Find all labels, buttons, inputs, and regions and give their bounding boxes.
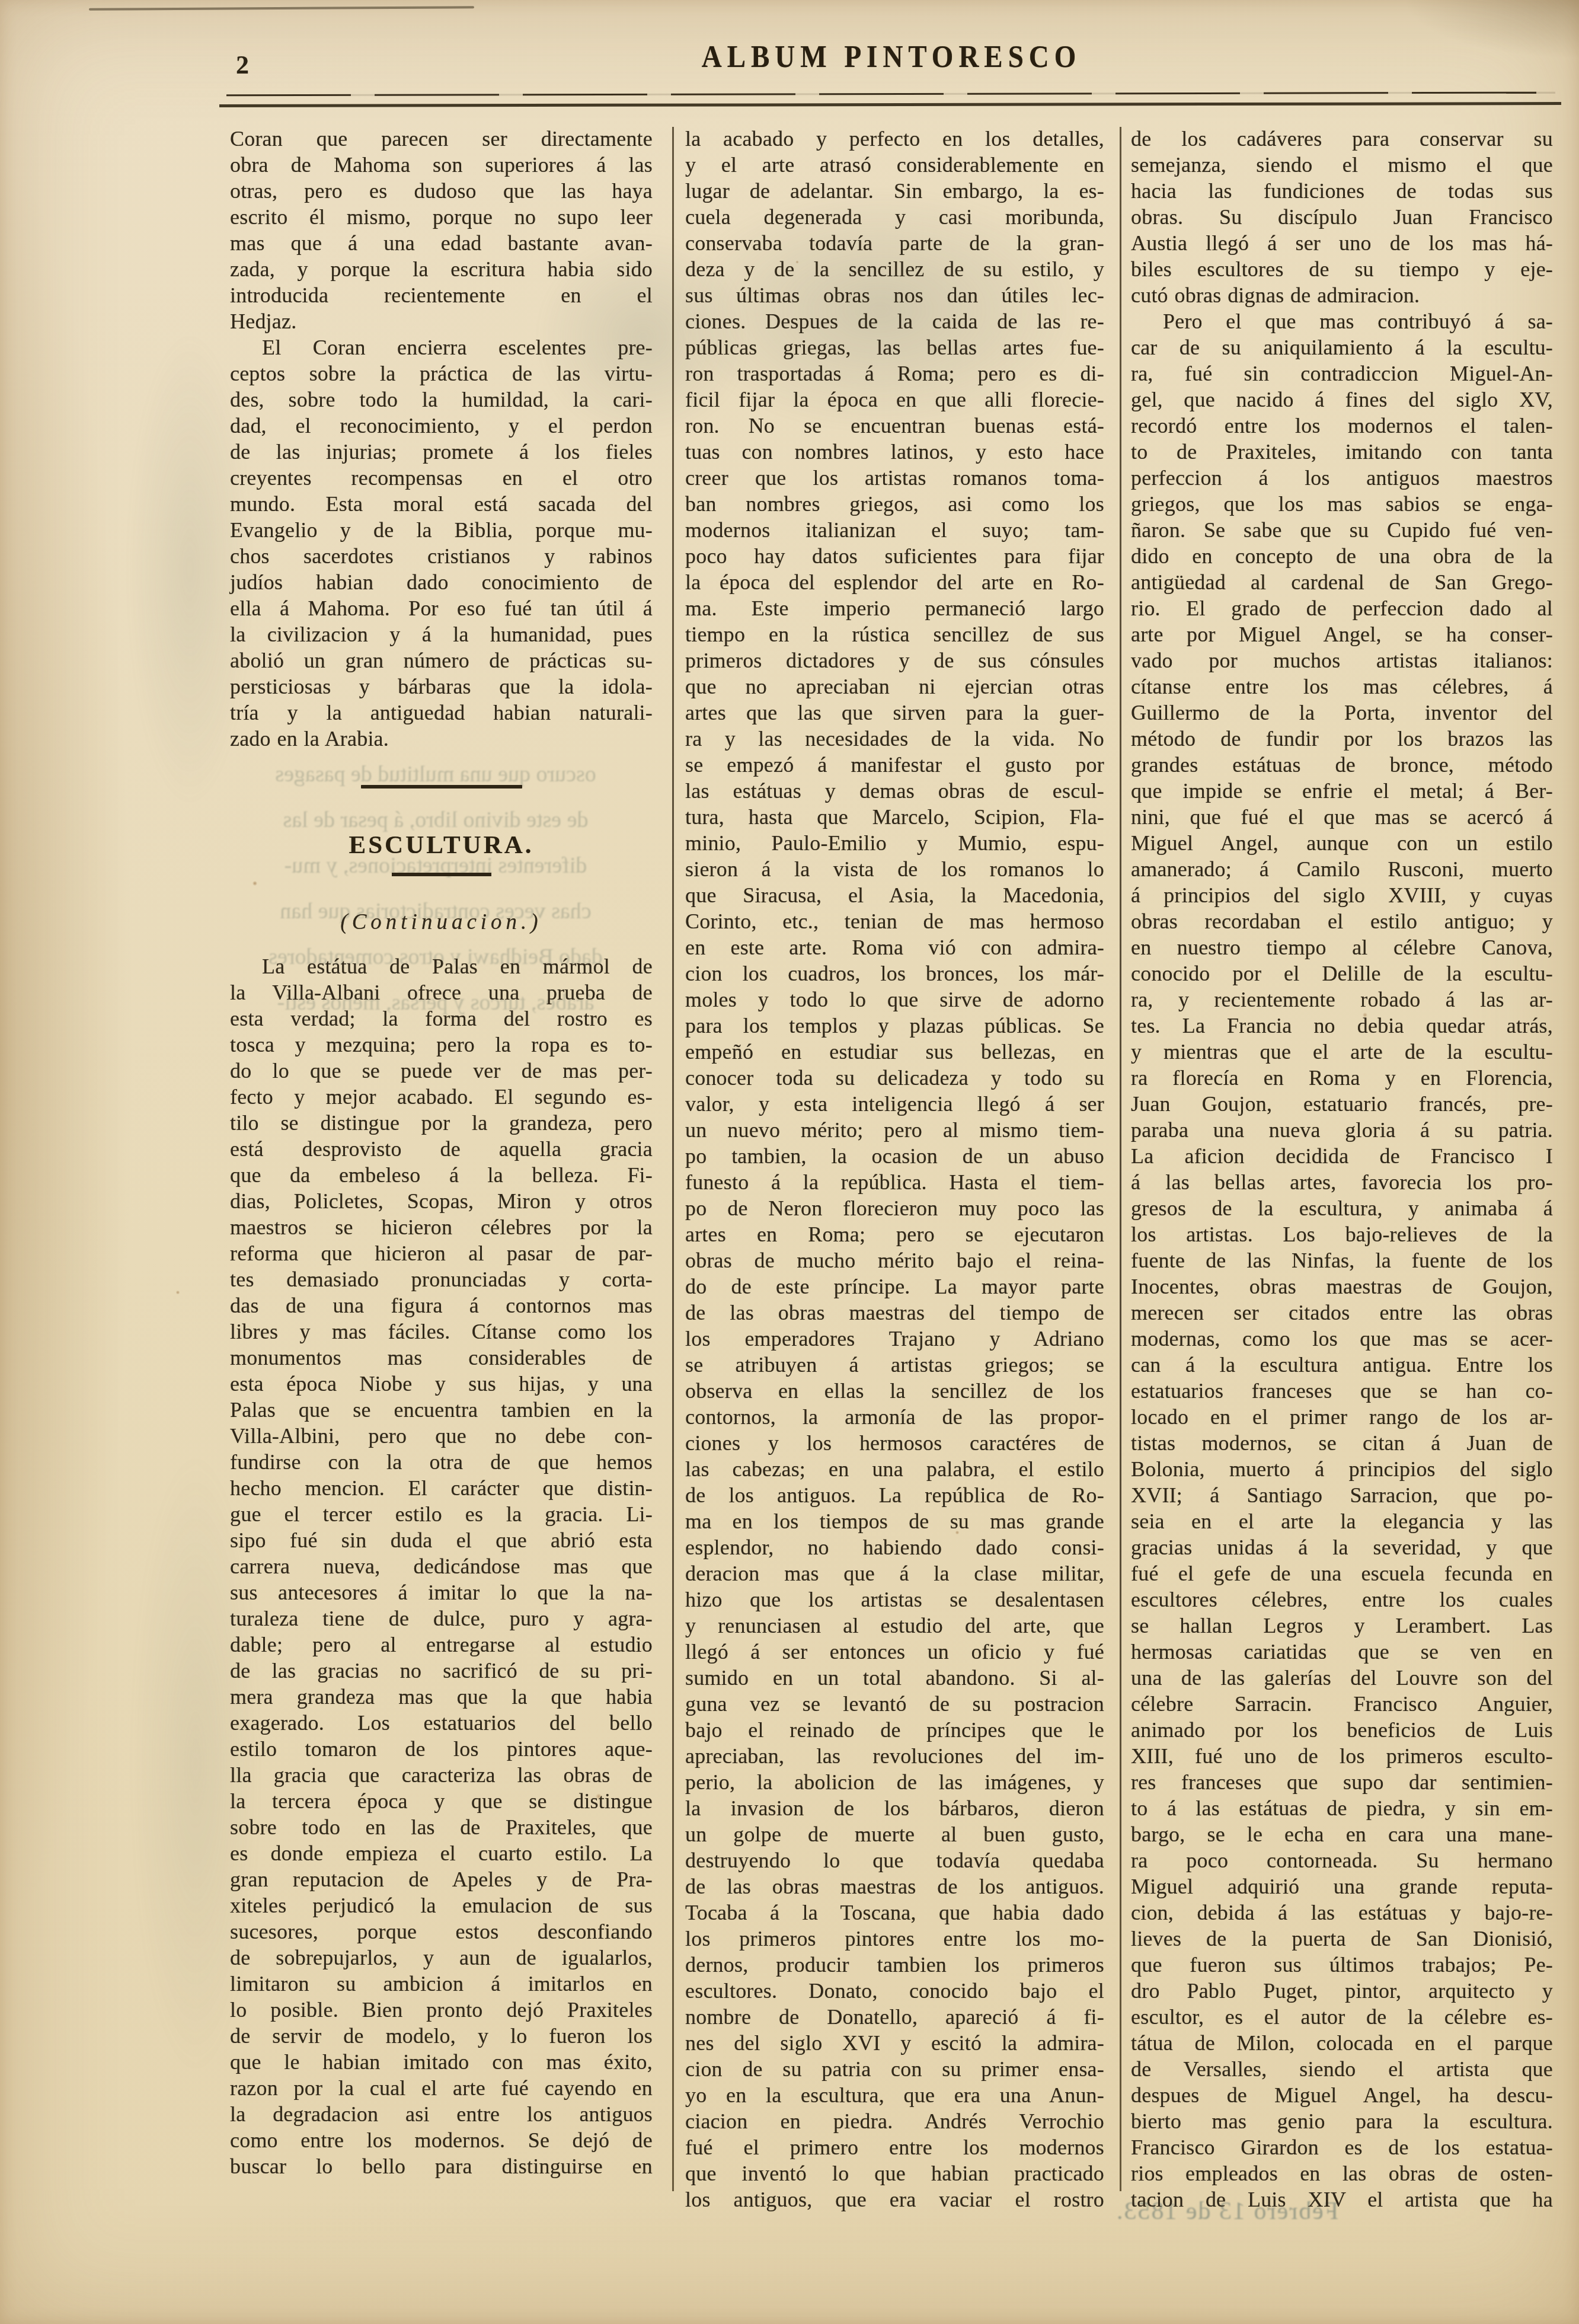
text-line: hacia las fundiciones de todas sus <box>1131 178 1553 204</box>
text-line: introducida recientemente en el <box>230 282 653 308</box>
text-line: biles escultores de su tiempo y eje- <box>1131 256 1553 282</box>
text-line: Coran que parecen ser directamente <box>230 126 653 152</box>
paragraph: El Coran encierra escelentes pre-ceptos … <box>230 334 653 752</box>
text-line: griegos, que los mas sabios se enga- <box>1131 491 1553 517</box>
text-line: grandes estátuas de bronce, método <box>1131 752 1553 778</box>
text-line: can á la escultura antigua. Entre los <box>1131 1352 1553 1378</box>
text-line: Austia llegó á ser uno de los mas há- <box>1131 230 1553 256</box>
text-line: car de su aniquilamiento á la escultu- <box>1131 334 1553 360</box>
text-line: arte por Miguel Angel, se ha conser- <box>1131 621 1553 647</box>
text-line: la civilizacion y á la humanidad, pues <box>230 621 653 647</box>
text-line: gran reputacion de Apeles y de Pra- <box>230 1866 653 1892</box>
text-line: apreciaban, las revoluciones del im- <box>685 1743 1104 1769</box>
text-line: Villa-Albini, pero que no debe con- <box>230 1423 653 1449</box>
text-line: en nuestro tiempo al célebre Canova, <box>1131 934 1553 960</box>
text-line: carrera nueva, dedicándose mas que <box>230 1553 653 1579</box>
text-line: se empezó á manifestar el gusto por <box>685 752 1104 778</box>
text-line: ciones. Despues de la caida de las re- <box>685 308 1104 334</box>
text-line: merecen ser citados entre las obras <box>1131 1300 1553 1326</box>
text-line: como entre los modernos. Se dejó de <box>230 2127 653 2153</box>
page-edge-artifact <box>89 6 474 10</box>
text-line: cion, debida á las estátuas y bajo-re- <box>1131 1900 1553 1926</box>
text-line: fecto y mejor acabado. El segundo es- <box>230 1084 653 1110</box>
text-line: ra, y recientemente robado á las ar- <box>1131 987 1553 1013</box>
text-line: conocido por el Delille de la escultu- <box>1131 960 1553 987</box>
paragraph: Pero el que mas contribuyó á sa-car de s… <box>1131 308 1553 2213</box>
text-line: otras, pero es dudoso que las haya <box>230 178 653 204</box>
text-line: hecho mencion. El carácter que distin- <box>230 1475 653 1501</box>
text-line: se atribuyen á artistas griegos; se <box>685 1352 1104 1378</box>
text-line: ciacion en piedra. Andrés Verrochio <box>685 2108 1104 2134</box>
text-line: ficil fijar la época en que alli floreci… <box>685 387 1104 413</box>
text-line: sobre todo en las de Praxiteles, que <box>230 1814 653 1840</box>
text-line: la época del esplendor del arte en Ro- <box>685 569 1104 595</box>
text-line: Evangelio y de la Biblia, porque mu- <box>230 517 653 543</box>
text-line: antigüedad al cardenal de San Grego- <box>1131 569 1553 595</box>
text-line: po tambien, la ocasion de un abuso <box>685 1143 1104 1169</box>
text-line: des, sobre todo la humildad, la cari- <box>230 387 653 413</box>
text-line: funesto á la república. Hasta el tiem- <box>685 1169 1104 1195</box>
text-line: conocer toda su delicadeza y todo su <box>685 1065 1104 1091</box>
text-line: modernas, como los que mas se acer- <box>1131 1326 1553 1352</box>
text-line: contornos, la armonía de las propor- <box>685 1404 1104 1430</box>
text-line: cítanse entre los mas célebres, á <box>1131 673 1553 700</box>
text-line: das de una figura á contornos mas <box>230 1292 653 1319</box>
text-line: res franceses que supo dar sentimien- <box>1131 1769 1553 1795</box>
text-line: tría y la antiguedad habian naturali- <box>230 700 653 726</box>
text-line: esta época Niobe y sus hijas, y una <box>230 1371 653 1397</box>
text-line: zado en la Arabia. <box>230 726 653 752</box>
text-line: sieron á la vista de los romanos lo <box>685 856 1104 882</box>
text-line: tes demasiado pronunciadas y corta- <box>230 1266 653 1292</box>
text-line: empeñó en estudiar sus bellezas, en <box>685 1039 1104 1065</box>
text-line: creyentes recompensas en el otro <box>230 465 653 491</box>
text-line: Corinto, etc., tenian de mas hermoso <box>685 908 1104 934</box>
text-line: la invasion de los bárbaros, dieron <box>685 1795 1104 1821</box>
text-line: limitaron su ambicion á imitarlos en <box>230 1971 653 1997</box>
text-line: esplendor, no habiendo dado consi- <box>685 1534 1104 1560</box>
text-line: sipo fué sin duda el que abrió esta <box>230 1527 653 1553</box>
text-line: gue el tercer estilo es la gracia. Li- <box>230 1501 653 1527</box>
text-line: sus últimas obras nos dan útiles lec- <box>685 282 1104 308</box>
text-line: de los antiguos. La república de Ro- <box>685 1482 1104 1508</box>
text-line: El Coran encierra escelentes pre- <box>230 334 653 360</box>
text-line: deza y de la sencillez de su estilo, y <box>685 256 1104 282</box>
text-line: método de fundir por los brazos las <box>1131 726 1553 752</box>
text-line: observa en ellas la sencillez de los <box>685 1378 1104 1404</box>
text-line: ron trasportadas á Roma; pero es di- <box>685 360 1104 387</box>
text-line: XVII; á Santiago Sarracion, que po- <box>1131 1482 1553 1508</box>
text-line: en este arte. Roma vió con admira- <box>685 934 1104 960</box>
text-line: las estátuas y demas obras de escul- <box>685 778 1104 804</box>
text-line: buscar lo bello para distinguirse en <box>230 2153 653 2179</box>
text-line: tuas con nombres latinos, y esto hace <box>685 439 1104 465</box>
text-line: xiteles perjudicó la emulacion de sus <box>230 1892 653 1918</box>
text-line: mera grandeza mas que la que habia <box>230 1684 653 1710</box>
text-line: valor, y esta inteligencia llegó á ser <box>685 1091 1104 1117</box>
text-line: perfeccion á los antiguos maestros <box>1131 465 1553 491</box>
text-line: lieves de la puerta de San Dionisió, <box>1131 1926 1553 1952</box>
text-column-3: de los cadáveres para conservar susemeja… <box>1131 126 1553 2213</box>
text-line: maestros se hicieron célebres por la <box>230 1214 653 1240</box>
text-line: ra florecía en Roma y en Florencia, <box>1131 1065 1553 1091</box>
text-line: Palas que se encuentra tambien en la <box>230 1397 653 1423</box>
text-line: dernos, producir tambien los primeros <box>685 1952 1104 1978</box>
text-line: sus antecesores á imitar lo que la na- <box>230 1579 653 1605</box>
text-line: bargo, se le echa en cara una mane- <box>1131 1821 1553 1847</box>
text-line: locado en el primer rango de los ar- <box>1131 1404 1553 1430</box>
text-line: amanerado; á Camilo Rusconi, muerto <box>1131 856 1553 882</box>
text-line: ma en los tiempos de su mas grande <box>685 1508 1104 1534</box>
text-line: lugar de adelantar. Sin embargo, la es- <box>685 178 1104 204</box>
text-line: y renunciasen al estudio del arte, que <box>685 1613 1104 1639</box>
text-line: ra y las necesidades de la vida. No <box>685 726 1104 752</box>
text-line: de las obras maestras del tiempo de <box>685 1300 1104 1326</box>
text-line: XIII, fué uno de los primeros esculto- <box>1131 1743 1553 1769</box>
text-line: animado por los beneficios de Luis <box>1131 1717 1553 1743</box>
text-line: zada, y porque la escritura habia sido <box>230 256 653 282</box>
header-rule <box>219 102 1561 107</box>
text-line: Guillermo de la Porta, inventor del <box>1131 700 1553 726</box>
paragraph: de los cadáveres para conservar susemeja… <box>1131 126 1553 308</box>
text-line: to de Praxiteles, imitando con tanta <box>1131 439 1553 465</box>
text-line: bajo el reinado de príncipes que le <box>685 1717 1104 1743</box>
text-line: dias, Policletes, Scopas, Miron y otros <box>230 1188 653 1214</box>
text-line: sumido en un total abandono. Si al- <box>685 1665 1104 1691</box>
text-line: los artistas. Los bajo-relieves de la <box>1131 1221 1553 1247</box>
text-line: cion los cuadros, los bronces, los már- <box>685 960 1104 987</box>
text-line: recordó entre los modernos el talen- <box>1131 413 1553 439</box>
text-line: es donde empieza el cuarto estilo. La <box>230 1840 653 1866</box>
text-line: nombre de Donatello, apareció á fi- <box>685 2004 1104 2030</box>
text-line: turaleza tiene de dulce, puro y agra- <box>230 1605 653 1632</box>
text-line: conservaba todavía parte de la gran- <box>685 230 1104 256</box>
text-line: escultores célebres, entre los cuales <box>1131 1586 1553 1613</box>
text-line: reforma que hicieron al pasar de par- <box>230 1240 653 1266</box>
text-line: se hallan Legros y Lerambert. Las <box>1131 1613 1553 1639</box>
text-line: obras recordaban el estilo antiguo; y <box>1131 908 1553 934</box>
text-line: do lo que se puede ver de mas per- <box>230 1058 653 1084</box>
text-line: tátua de Milon, colocada en el parque <box>1131 2030 1553 2056</box>
text-line: chos sacerdotes cristianos y rabinos <box>230 543 653 569</box>
text-line: hizo que los artistas se desalentasen <box>685 1586 1104 1613</box>
text-line: lla gracia que caracteriza las obras de <box>230 1762 653 1788</box>
text-line: á las bellas artes, favorecia los pro- <box>1131 1169 1553 1195</box>
text-line: obras. Su discípulo Juan Francisco <box>1131 204 1553 230</box>
text-line: esta verdad; la forma del rostro es <box>230 1005 653 1032</box>
text-line: to á las estátuas de piedra, y sin em- <box>1131 1795 1553 1821</box>
text-line: sucesores, porque estos desconfiando <box>230 1918 653 1945</box>
column-divider-rule <box>672 127 674 2191</box>
text-line: ban nombres griegos, asi como los <box>685 491 1104 517</box>
text-line: poco hay datos suficientes para fijar <box>685 543 1104 569</box>
text-line: fuente de las Ninfas, la fuente de los <box>1131 1247 1553 1273</box>
text-line: cutó obras dignas de admiracion. <box>1131 282 1553 308</box>
text-line: judíos habian dado conocimiento de <box>230 569 653 595</box>
text-line: persticiosas y bárbaras que la idola- <box>230 673 653 700</box>
text-line: nes del siglo XVI y escitó la admira- <box>685 2030 1104 2056</box>
text-line: monumentos mas considerables de <box>230 1345 653 1371</box>
text-line: obras de mucho mérito bajo el reina- <box>685 1247 1104 1273</box>
text-line: rios empleados en las obras de osten- <box>1131 2160 1553 2186</box>
text-column-1: Coran que parecen ser directamenteobra d… <box>230 126 653 2179</box>
text-line: paraba una nueva gloria á su patria. <box>1131 1117 1553 1143</box>
text-line: abolió un gran número de prácticas su- <box>230 647 653 673</box>
text-line: yo en la escultura, que era una Anun- <box>685 2082 1104 2108</box>
text-line: Francisco Girardon es de los estatua- <box>1131 2134 1553 2160</box>
text-line: ron. No se encuentran buenas está- <box>685 413 1104 439</box>
text-line: un nuevo mérito; pero al mismo tiem- <box>685 1117 1104 1143</box>
text-line: escrito él mismo, porque no supo leer <box>230 204 653 230</box>
text-line: artes que las que sirven para la guer- <box>685 700 1104 726</box>
text-line: ceptos sobre la práctica de las virtu- <box>230 360 653 387</box>
text-line: que impide se enfrie el metal; á Ber- <box>1131 778 1553 804</box>
text-line: la degradacion asi entre los antiguos <box>230 2101 653 2127</box>
text-line: ñaron. Se sabe que su Cupido fué ven- <box>1131 517 1553 543</box>
text-line: tiempo en la rústica sencillez de sus <box>685 621 1104 647</box>
text-line: modernos italianizan el suyo; tam- <box>685 517 1104 543</box>
text-line: hermosas cariatidas que se ven en <box>1131 1639 1553 1665</box>
text-line: está desprovisto de aquella gracia <box>230 1136 653 1162</box>
text-line: La aficion decidida de Francisco I <box>1131 1143 1553 1169</box>
masthead-title: ALBUM PINTORESCO <box>230 39 1553 75</box>
text-line: escultor, es el autor de la célebre es- <box>1131 2004 1553 2030</box>
text-line: po de Neron florecieron muy poco las <box>685 1195 1104 1221</box>
text-line: que fueron sus últimos trabajos; Pe- <box>1131 1952 1553 1978</box>
text-line: libres y mas fáciles. Cítanse como los <box>230 1319 653 1345</box>
text-line: fundirse con la otra de que hemos <box>230 1449 653 1475</box>
text-line: una de las galerías del Louvre son del <box>1131 1665 1553 1691</box>
text-line: razon por la cual el arte fué cayendo en <box>230 2075 653 2101</box>
text-line: de las gracias no sacrificó de su pri- <box>230 1658 653 1684</box>
text-line: llegó á ser entonces un oficio y fué <box>685 1639 1104 1665</box>
text-line: nini, que fué el que mas se acercó á <box>1131 804 1553 830</box>
text-line: vado por muchos artistas italianos: <box>1131 647 1553 673</box>
paragraph: La estátua de Palas en mármol dela Villa… <box>230 953 653 2179</box>
text-line: rio. El grado de perfeccion dado al <box>1131 595 1553 621</box>
text-line: tilo se distingue por la grandeza, pero <box>230 1110 653 1136</box>
article-subheading: (Continuacion.) <box>230 909 653 936</box>
text-line: de las injurias; promete á los fieles <box>230 439 653 465</box>
text-line: destruyendo lo que todavía quedaba <box>685 1847 1104 1873</box>
text-line: minio, Paulo-Emilio y Mumio, espu- <box>685 830 1104 856</box>
text-line: Miguel Angel, aunque con un estilo <box>1131 830 1553 856</box>
text-line: Hedjaz. <box>230 308 653 334</box>
text-line: de sobrepujarlos, y aun de igualarlos, <box>230 1945 653 1971</box>
text-line: la Villa-Albani ofrece una prueba de <box>230 979 653 1005</box>
section-separator-rule <box>361 785 522 788</box>
text-line: dro Pablo Puget, pintor, arquitecto y <box>1131 1978 1553 2004</box>
text-line: dido en concepto de una obra de la <box>1131 543 1553 569</box>
text-line: lo posible. Bien pronto dejó Praxiteles <box>230 1997 653 2023</box>
text-line: que Siracusa, el Asia, la Macedonia, <box>685 882 1104 908</box>
text-line: ella á Mahoma. Por eso fué tan útil á <box>230 595 653 621</box>
text-line: artes en Roma; pero se ejecutaron <box>685 1221 1104 1247</box>
text-line: exagerado. Los estatuarios del bello <box>230 1710 653 1736</box>
text-line: á principios del siglo XVIII, y cuyas <box>1131 882 1553 908</box>
text-line: la acabado y perfecto en los detalles, <box>685 126 1104 152</box>
text-line: ra poco contorneada. Su hermano <box>1131 1847 1553 1873</box>
text-line: las cabezas; en una palabra, el estilo <box>685 1456 1104 1482</box>
text-line: seia en el arte la elegancia y las <box>1131 1508 1553 1534</box>
text-line: perio, la abolicion de las imágenes, y <box>685 1769 1104 1795</box>
text-line: los emperadores Trajano y Adriano <box>685 1326 1104 1352</box>
text-line: tes. La Francia no debia quedar atrás, <box>1131 1013 1553 1039</box>
text-line: mas que á una edad bastante avan- <box>230 230 653 256</box>
text-line: públicas griegas, las bellas artes fue- <box>685 334 1104 360</box>
text-line: mundo. Esta moral está sacada del <box>230 491 653 517</box>
text-line: Tocaba á la Toscana, que habia dado <box>685 1900 1104 1926</box>
text-line: Miguel adquirió una grande reputa- <box>1131 1873 1553 1900</box>
text-line: estilo tomaron de los pintores aque- <box>230 1736 653 1762</box>
text-line: deracion mas que á la clase militar, <box>685 1560 1104 1586</box>
text-line: un golpe de muerte al buen gusto, <box>685 1821 1104 1847</box>
text-line: los primeros pintores entre los mo- <box>685 1926 1104 1952</box>
text-line: cuela degenerada y casi moribunda, <box>685 204 1104 230</box>
paragraph: Coran que parecen ser directamenteobra d… <box>230 126 653 334</box>
text-line: que le habian imitado con mas éxito, <box>230 2049 653 2075</box>
text-line: para los templos y plazas públicas. Se <box>685 1013 1104 1039</box>
text-line: cion de su patria con su primer ensa- <box>685 2056 1104 2082</box>
text-line: la tercera época y que se distingue <box>230 1788 653 1814</box>
text-line: tistas modernos, se citan á Juan de <box>1131 1430 1553 1456</box>
text-line: bierto mas genio para la escultura. <box>1131 2108 1553 2134</box>
text-line: tura, hasta que Marcelo, Scipion, Fla- <box>685 804 1104 830</box>
text-line: La estátua de Palas en mármol de <box>230 953 653 979</box>
text-line: escultores. Donato, conocido bajo el <box>685 1978 1104 2004</box>
heading-underline-rule <box>392 873 491 876</box>
text-line: Pero el que mas contribuyó á sa- <box>1131 308 1553 334</box>
text-line: los antiguos, que era vaciar el rostro <box>685 2186 1104 2213</box>
text-line: gel, que nacido á fines del siglo XV, <box>1131 387 1553 413</box>
text-line: gresos de la escultura, y animaba á <box>1131 1195 1553 1221</box>
text-line: Juan Goujon, estatuario francés, pre- <box>1131 1091 1553 1117</box>
text-line: ciones y los hermosos caractéres de <box>685 1430 1104 1456</box>
column-divider-rule <box>1120 127 1121 2191</box>
text-line: fué el primero entre los modernos <box>685 2134 1104 2160</box>
text-line: ma. Este imperio permaneció largo <box>685 595 1104 621</box>
article-heading: ESCULTURA. <box>230 832 653 858</box>
text-line: primeros dictadores y de sus cónsules <box>685 647 1104 673</box>
text-line: de las obras maestras de los antiguos. <box>685 1873 1104 1900</box>
text-line: de los cadáveres para conservar su <box>1131 126 1553 152</box>
text-line: semejanza, siendo el mismo el que <box>1131 152 1553 178</box>
text-line: gracias unidas á la severidad, y que <box>1131 1534 1553 1560</box>
text-line: Inocentes, obras maestras de Goujon, <box>1131 1273 1553 1300</box>
text-line: que da embeleso á la belleza. Fi- <box>230 1162 653 1188</box>
text-line: y el arte atrasó considerablemente en <box>685 152 1104 178</box>
text-line: tacion de Luis XIV el artista que ha <box>1131 2186 1553 2213</box>
text-line: despues de Miguel Angel, ha descu- <box>1131 2082 1553 2108</box>
text-line: y mientras que el arte de la escultu- <box>1131 1039 1553 1065</box>
text-line: tosca y mezquina; pero la ropa es to- <box>230 1032 653 1058</box>
text-line: obra de Mahoma son superiores á las <box>230 152 653 178</box>
text-line: de Versalles, siendo el artista que <box>1131 2056 1553 2082</box>
text-line: ra, fué sin contradiccion Miguel-An- <box>1131 360 1553 387</box>
text-line: que inventó lo que habian practicado <box>685 2160 1104 2186</box>
text-line: dad, el reconocimiento, y el perdon <box>230 413 653 439</box>
text-line: célebre Sarracin. Francisco Anguier, <box>1131 1691 1553 1717</box>
scanned-page: oscuro que una multitud de pasagesde est… <box>0 0 1579 2324</box>
text-line: estatuarios franceses que se han co- <box>1131 1378 1553 1404</box>
text-line: do de este príncipe. La mayor parte <box>685 1273 1104 1300</box>
text-line: de servir de modelo, y lo fueron los <box>230 2023 653 2049</box>
paragraph: la acabado y perfecto en los detalles,y … <box>685 126 1104 2213</box>
text-line: que no apreciaban ni ejercian otras <box>685 673 1104 700</box>
text-line: Bolonia, muerto á principios del siglo <box>1131 1456 1553 1482</box>
text-line: dable; pero al entregarse al estudio <box>230 1632 653 1658</box>
text-line: fué el gefe de una escuela fecunda en <box>1131 1560 1553 1586</box>
text-line: guna vez se levantó de su postracion <box>685 1691 1104 1717</box>
text-column-2: la acabado y perfecto en los detalles,y … <box>685 126 1104 2213</box>
text-line: creer que los artistas romanos toma- <box>685 465 1104 491</box>
text-line: moles y todo lo que sirve de adorno <box>685 987 1104 1013</box>
header-rule <box>226 92 1555 97</box>
